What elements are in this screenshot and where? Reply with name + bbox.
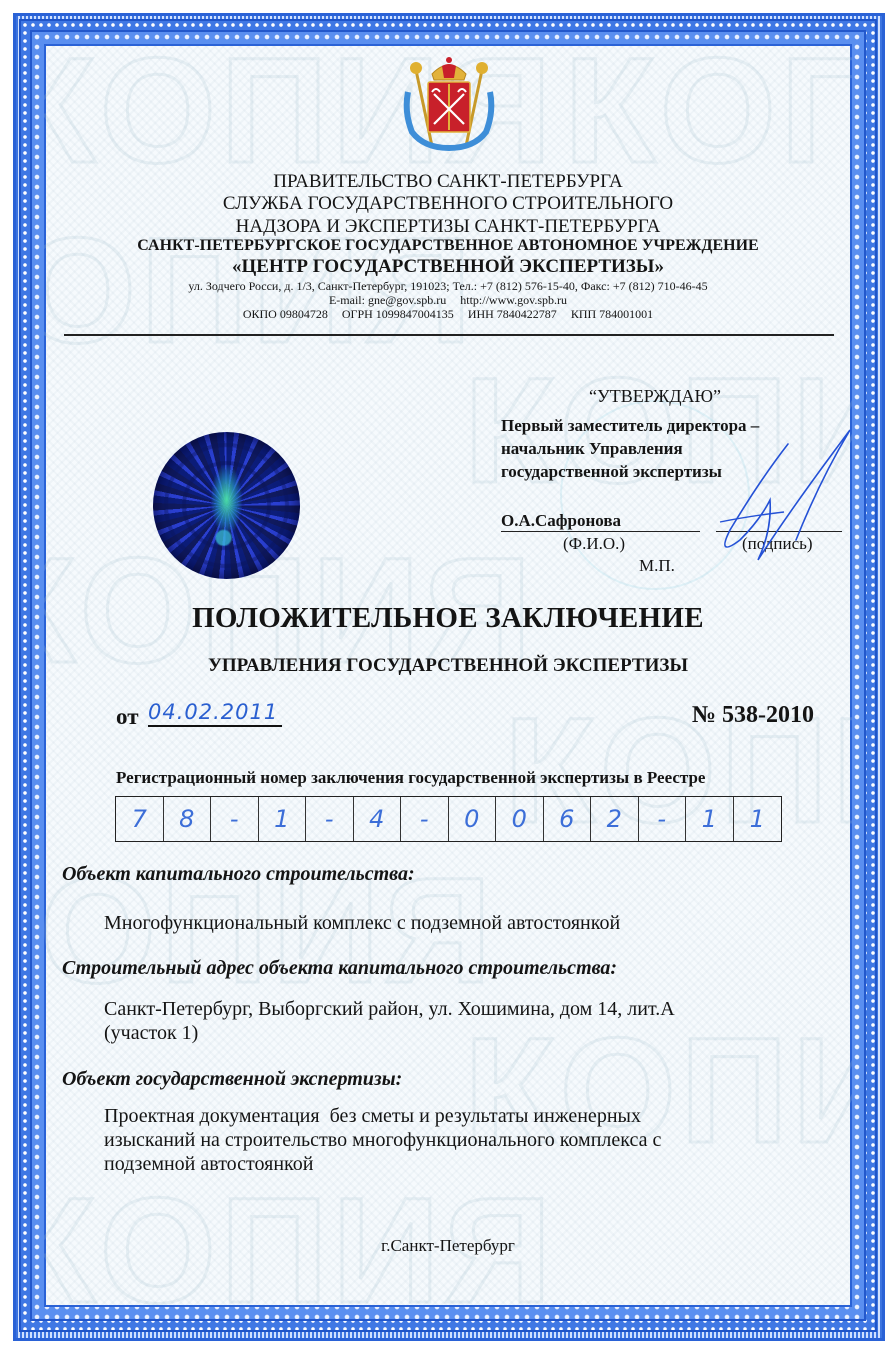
header-institution-name: «ЦЕНТР ГОСУДАРСТВЕННОЙ ЭКСПЕРТИЗЫ»: [0, 256, 896, 278]
registry-cell: 1: [734, 797, 782, 841]
signature-icon: [700, 420, 860, 580]
header-service-line2: НАДЗОРА И ЭКСПЕРТИЗЫ САНКТ-ПЕТЕРБУРГА: [0, 216, 896, 238]
document-content: ПРАВИТЕЛЬСТВО САНКТ-ПЕТЕРБУРГА СЛУЖБА ГО…: [0, 0, 896, 1351]
section-heading-expertise-object: Объект государственной экспертизы:: [62, 1068, 402, 1091]
registry-cell: 0: [496, 797, 544, 841]
fio-label: (Ф.И.О.): [563, 534, 625, 554]
approve-label: “УТВЕРЖДАЮ”: [589, 386, 721, 407]
okpo-code: ОКПО 09804728: [243, 307, 328, 321]
registry-cell: 6: [544, 797, 592, 841]
registry-label: Регистрационный номер заключения государ…: [116, 768, 705, 788]
header-service-line1: СЛУЖБА ГОСУДАРСТВЕННОГО СТРОИТЕЛЬНОГО: [0, 193, 896, 215]
name-underline: [501, 531, 700, 532]
date-underline: [148, 725, 282, 727]
conclusion-subtitle: УПРАВЛЕНИЯ ГОСУДАРСТВЕННОЙ ЭКСПЕРТИЗЫ: [0, 655, 896, 677]
hologram-seal-icon: [153, 432, 300, 579]
registry-number-grid: 7 8 - 1 - 4 - 0 0 6 2 - 1 1: [115, 796, 782, 842]
conclusion-date: 04.02.2011: [148, 700, 282, 724]
section-heading-address: Строительный адрес объекта капитального …: [62, 957, 617, 980]
section-body-address: Санкт-Петербург, Выборгский район, ул. Х…: [104, 997, 804, 1045]
registry-cell: 1: [259, 797, 307, 841]
registry-cell: 1: [686, 797, 734, 841]
registry-cell: -: [401, 797, 449, 841]
section-body-construction-object: Многофункциональный комплекс с подземной…: [104, 911, 804, 935]
registry-cell: -: [211, 797, 259, 841]
conclusion-title: ПОЛОЖИТЕЛЬНОЕ ЗАКЛЮЧЕНИЕ: [0, 602, 896, 635]
registry-cell: 0: [449, 797, 497, 841]
footer-city: г.Санкт-Петербург: [0, 1236, 896, 1256]
header-website: http://www.gov.spb.ru: [460, 293, 567, 307]
header-government: ПРАВИТЕЛЬСТВО САНКТ-ПЕТЕРБУРГА: [0, 171, 896, 193]
section-heading-construction-object: Объект капитального строительства:: [62, 863, 415, 886]
header-registration-codes: ОКПО 09804728ОГРН 1099847004135ИНН 78404…: [0, 307, 896, 322]
header-institution-type: САНКТ-ПЕТЕРБУРГСКОЕ ГОСУДАРСТВЕННОЕ АВТО…: [0, 237, 896, 255]
conclusion-number: № 538-2010: [692, 702, 814, 729]
registry-cell: -: [306, 797, 354, 841]
registry-cell: -: [639, 797, 687, 841]
header-address: ул. Зодчего Росси, д. 1/3, Санкт-Петербу…: [0, 279, 896, 294]
registry-cell: 8: [164, 797, 212, 841]
stamp-place-label: М.П.: [639, 556, 675, 576]
date-prefix: от: [116, 704, 139, 730]
coat-of-arms-icon: [402, 52, 496, 156]
header-contacts: E-mail: gne@gov.spb.ruhttp://www.gov.spb…: [0, 293, 896, 308]
section-body-expertise-object: Проектная документация без сметы и резул…: [104, 1104, 804, 1176]
registry-cell: 7: [116, 797, 164, 841]
header-divider: [64, 334, 834, 336]
registry-cell: 2: [591, 797, 639, 841]
ogrn-code: ОГРН 1099847004135: [342, 307, 454, 321]
inn-code: ИНН 7840422787: [468, 307, 557, 321]
registry-cell: 4: [354, 797, 402, 841]
kpp-code: КПП 784001001: [571, 307, 653, 321]
header-email: E-mail: gne@gov.spb.ru: [329, 293, 446, 307]
approver-name: О.А.Сафронова: [501, 511, 621, 531]
